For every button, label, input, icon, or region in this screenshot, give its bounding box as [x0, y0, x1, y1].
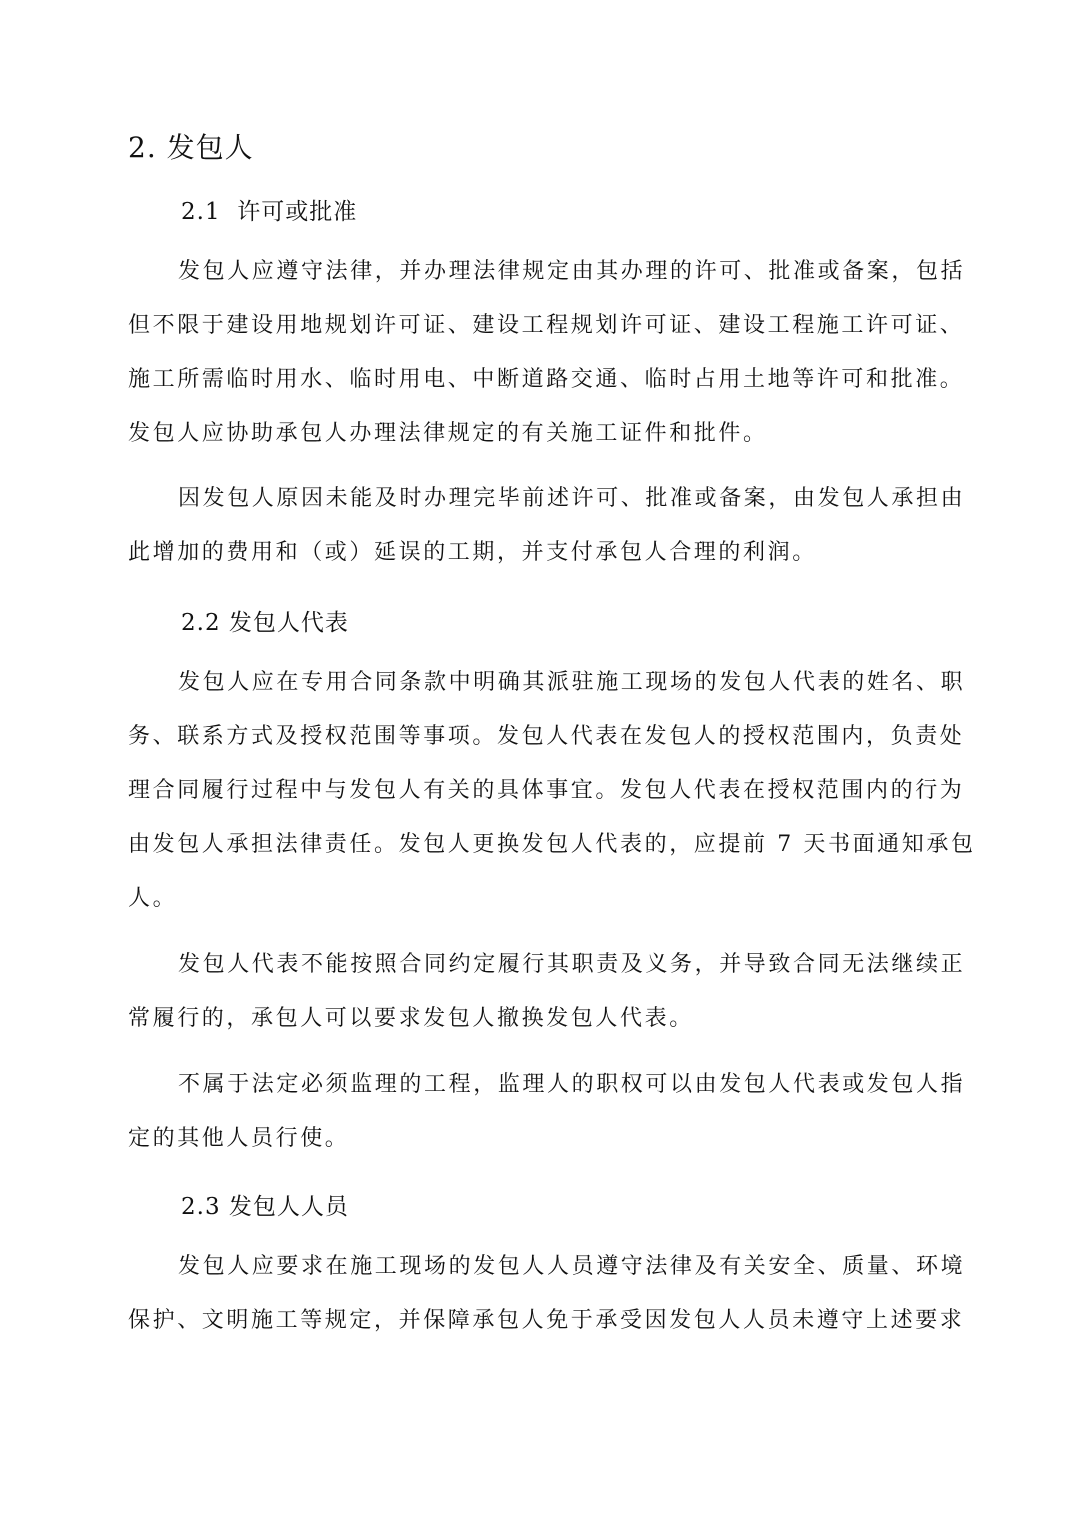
- text-line: 发包人代表不能按照合同约定履行其职责及义务，并导致合同无法继续正: [178, 950, 948, 980]
- subsection-heading-2-2: 2.2 发包人代表: [181, 608, 349, 638]
- text-line: 但不限于建设用地规划许可证、建设工程规划许可证、建设工程施工许可证、: [128, 311, 948, 341]
- text-line: 发包人应遵守法律，并办理法律规定由其办理的许可、批准或备案，包括: [178, 257, 948, 287]
- text-line: 常履行的，承包人可以要求发包人撤换发包人代表。: [128, 1004, 948, 1034]
- text-line: 发包人应要求在施工现场的发包人人员遵守法律及有关安全、质量、环境: [178, 1252, 948, 1282]
- text-line: 务、联系方式及授权范围等事项。发包人代表在发包人的授权范围内，负责处: [128, 722, 948, 752]
- text-line: 由发包人承担法律责任。发包人更换发包人代表的，应提前 7 天书面通知承包: [128, 830, 948, 860]
- text-line: 保护、文明施工等规定，并保障承包人免于承受因发包人人员未遵守上述要求: [128, 1306, 948, 1336]
- section-number: 2.: [128, 131, 157, 164]
- subsection-title: 发包人代表: [229, 610, 349, 636]
- text-line: 因发包人原因未能及时办理完毕前述许可、批准或备案，由发包人承担由: [178, 484, 948, 514]
- subsection-title: 许可或批准: [237, 199, 357, 225]
- text-line: 不属于法定必须监理的工程，监理人的职权可以由发包人代表或发包人指: [178, 1070, 948, 1100]
- section-heading: 2. 发包人: [128, 130, 254, 166]
- section-title: 发包人: [167, 131, 254, 164]
- subsection-heading-2-3: 2.3 发包人人员: [181, 1192, 349, 1222]
- subsection-title: 发包人人员: [229, 1194, 349, 1220]
- text-line: 人。: [128, 884, 948, 914]
- subsection-number: 2.2: [181, 610, 221, 636]
- text-line: 发包人应协助承包人办理法律规定的有关施工证件和批件。: [128, 419, 948, 449]
- text-line: 发包人应在专用合同条款中明确其派驻施工现场的发包人代表的姓名、职: [178, 668, 948, 698]
- subsection-heading-2-1: 2.1 许可或批准: [181, 197, 357, 227]
- subsection-number: 2.3: [181, 1194, 221, 1220]
- document-page: 2. 发包人 2.1 许可或批准 发包人应遵守法律，并办理法律规定由其办理的许可…: [0, 0, 1074, 1520]
- text-line: 施工所需临时用水、临时用电、中断道路交通、临时占用土地等许可和批准。: [128, 365, 948, 395]
- text-line: 理合同履行过程中与发包人有关的具体事宜。发包人代表在授权范围内的行为: [128, 776, 948, 806]
- subsection-number: 2.1: [181, 199, 221, 225]
- text-line: 定的其他人员行使。: [128, 1124, 948, 1154]
- text-line: 此增加的费用和（或）延误的工期，并支付承包人合理的利润。: [128, 538, 948, 568]
